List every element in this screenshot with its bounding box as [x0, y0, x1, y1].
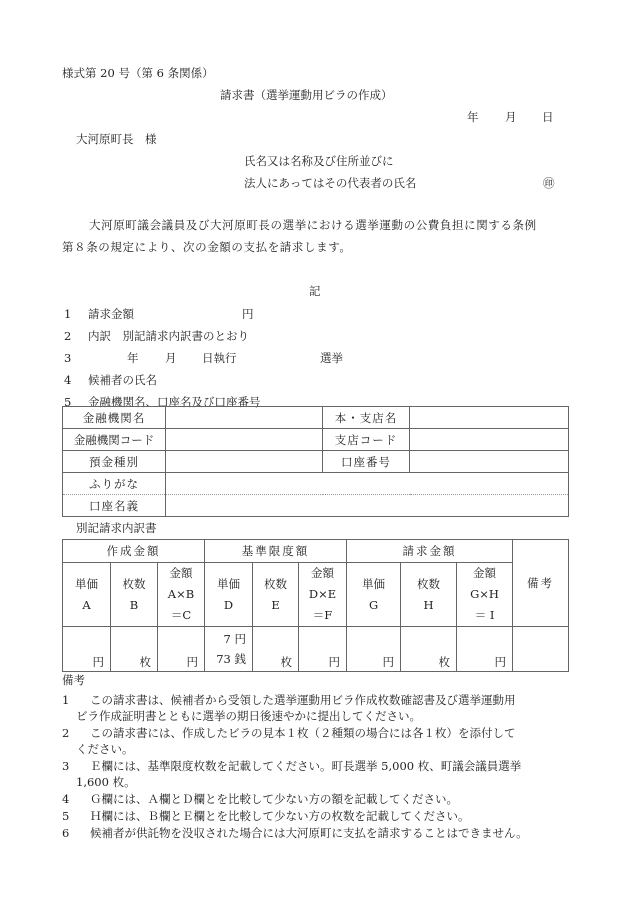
note-3: 3Ｅ欄には、基準限度枚数を記載してください。町長選挙 5,000 枚、町議会議員…: [62, 758, 574, 790]
addressee: 大河原町長 様: [76, 132, 157, 146]
furigana-field[interactable]: [166, 473, 569, 495]
value-c[interactable]: 円: [158, 627, 205, 672]
bank-name-label: 金融機関名: [63, 407, 166, 429]
branch-code-label: 支店コード: [323, 429, 410, 451]
furigana-label: ふりがな: [63, 473, 166, 495]
value-a[interactable]: 円: [63, 627, 111, 672]
account-holder-label: 口座名義: [63, 495, 166, 517]
account-number-label: 口座番号: [323, 451, 410, 473]
account-holder-field[interactable]: [166, 495, 569, 517]
bank-code-field[interactable]: [166, 429, 323, 451]
form-number: 様式第 20 号（第 6 条関係）: [62, 66, 214, 80]
bank-account-table: 金融機関名 本・支店名 金融機関コード 支店コード 預金種別 口座番号 ふりがな…: [62, 406, 569, 517]
seal-icon: ㊞: [543, 176, 555, 190]
note-4: 4Ｇ欄には、Ａ欄とＤ欄とを比較して少ない方の額を記載してください。: [62, 791, 574, 807]
notes-header: 備考: [62, 673, 85, 687]
date-year: 年: [467, 110, 479, 124]
applicant-line-1: 氏名又は名称及び住所並びに: [244, 154, 394, 168]
bank-code-label: 金融機関コード: [63, 429, 166, 451]
branch-code-field[interactable]: [410, 429, 569, 451]
value-f[interactable]: 円: [299, 627, 347, 672]
value-e[interactable]: 枚: [253, 627, 299, 672]
value-h[interactable]: 枚: [401, 627, 457, 672]
col-header-a: 単価A: [63, 563, 111, 627]
branch-name-label: 本・支店名: [323, 407, 410, 429]
ki-heading: 記: [309, 284, 321, 298]
remarks-header: 備考: [513, 540, 569, 627]
group-header-creation: 作成金額: [63, 540, 205, 563]
group-header-claim: 請求金額: [347, 540, 513, 563]
value-d: 7 円73 銭: [205, 627, 253, 672]
deposit-type-label: 預金種別: [63, 451, 166, 473]
note-6: 6候補者が供託物を没収された場合には大河原町に支払を請求することはできません。: [62, 825, 574, 841]
value-g[interactable]: 円: [347, 627, 401, 672]
value-b[interactable]: 枚: [111, 627, 158, 672]
bank-name-field[interactable]: [166, 407, 323, 429]
body-line-1: 大河原町議会議員及び大河原町長の選挙における選挙運動の公費負担に関する条例: [89, 218, 537, 232]
group-header-limit: 基準限度額: [205, 540, 347, 563]
date-day: 日: [542, 110, 554, 124]
col-header-i: 金額G×H＝ I: [457, 563, 513, 627]
col-header-d: 単価D: [205, 563, 253, 627]
value-remarks[interactable]: [513, 627, 569, 672]
col-header-e: 枚数E: [253, 563, 299, 627]
col-header-b: 枚数B: [111, 563, 158, 627]
deposit-type-field[interactable]: [166, 451, 323, 473]
value-i[interactable]: 円: [457, 627, 513, 672]
note-2: 2この請求書には、作成したビラの見本１枚（２種類の場合には各１枚）を添付して く…: [62, 725, 574, 757]
applicant-line-2: 法人にあってはその代表者の氏名: [244, 176, 416, 190]
document-title: 請求書（選挙運動用ビラの作成）: [220, 88, 393, 102]
note-5: 5Ｈ欄には、Ｂ欄とＥ欄とを比較して少ない方の枚数を記載してください。: [62, 808, 574, 824]
breakdown-title: 別記請求内訳書: [76, 521, 157, 535]
date-month: 月: [505, 110, 517, 124]
body-line-2: 第８条の規定により、次の金額の支払を請求します。: [62, 240, 351, 254]
col-header-f: 金額D×E＝F: [299, 563, 347, 627]
branch-name-field[interactable]: [410, 407, 569, 429]
col-header-c: 金額A×B＝C: [158, 563, 205, 627]
breakdown-table: 作成金額 基準限度額 請求金額 備考 単価A 枚数B 金額A×B＝C 単価D 枚…: [62, 539, 569, 672]
note-1: 1この請求書は、候補者から受領した選挙運動用ビラ作成枚数確認書及び選挙運動用 ビ…: [62, 692, 574, 724]
account-number-field[interactable]: [410, 451, 569, 473]
col-header-h: 枚数H: [401, 563, 457, 627]
col-header-g: 単価G: [347, 563, 401, 627]
